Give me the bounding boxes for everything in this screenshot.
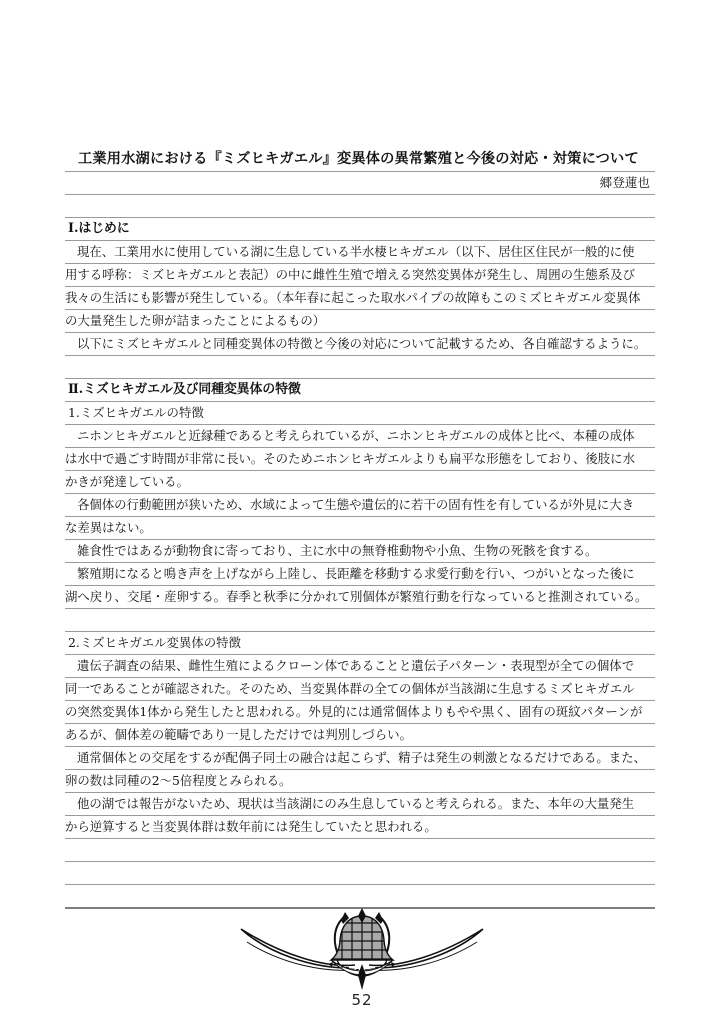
section-heading: 1.ミズヒキガエルの特徴 — [65, 402, 655, 425]
ruled-blank-line — [65, 885, 655, 909]
ruled-blank-line — [65, 839, 655, 862]
text-line: から逆算すると当変異体群は数年前には発生していたと思われる。 — [65, 816, 655, 839]
page-number: 52 — [0, 991, 724, 1009]
document-page: 工業用水湖における『ミズヒキガエル』変異体の異常繁殖と今後の対応・対策について郷… — [0, 0, 724, 1024]
text-line: 他の湖では報告がないため、現状は当該湖にのみ生息していると考えられる。また、本年… — [65, 793, 655, 816]
text-line: かきが発達している。 — [65, 471, 655, 494]
author-line: 郷登蓮也 — [65, 172, 655, 195]
section-heading: Ⅰ.はじめに — [65, 218, 655, 241]
text-line: 通常個体との交尾をするが配偶子同士の融合は起こらず、精子は発生の刺激となるだけで… — [65, 747, 655, 770]
text-line: 繁殖期になると鳴き声を上げながら上陸し、長距離を移動する求愛行動を行い、つがいと… — [65, 563, 655, 586]
document-title: 工業用水湖における『ミズヒキガエル』変異体の異常繁殖と今後の対応・対策について — [65, 149, 655, 172]
ruled-blank-line — [65, 609, 655, 632]
ruled-blank-line — [65, 862, 655, 885]
ruled-document-body: 工業用水湖における『ミズヒキガエル』変異体の異常繁殖と今後の対応・対策について郷… — [65, 149, 655, 909]
text-line: 雑食性ではあるが動物食に寄っており、主に水中の無脊椎動物や小魚、生物の死骸を食す… — [65, 540, 655, 563]
ruled-blank-line — [65, 356, 655, 379]
text-line: 同一であることが確認された。そのため、当変異体群の全ての個体が当該湖に生息するミ… — [65, 678, 655, 701]
text-line: 遺伝子調査の結果、雌性生殖によるクローン体であることと遺伝子パターン・表現型が全… — [65, 655, 655, 678]
ornament-crest-icon — [237, 908, 487, 990]
text-line: 湖へ戻り、交尾・産卵する。春季と秋季に分かれて別個体が繁殖行動を行なっていると推… — [65, 586, 655, 609]
text-line: 各個体の行動範囲が狭いため、水域によって生態や遺伝的に若干の固有性を有しているが… — [65, 494, 655, 517]
text-line: の突然変異体1体から発生したと思われる。外見的には通常個体よりもやや黒く、固有の… — [65, 701, 655, 724]
text-line: の大量発生した卵が詰まったことによるもの） — [65, 310, 655, 333]
text-line: な差異はない。 — [65, 517, 655, 540]
text-line: は水中で過ごす時間が非常に長い。そのためニホンヒキガエルよりも扁平な形態をしてお… — [65, 448, 655, 471]
section-heading: Ⅱ.ミズヒキガエル及び同種変異体の特徴 — [65, 379, 655, 402]
text-line: ニホンヒキガエルと近縁種であると考えられているが、ニホンヒキガエルの成体と比べ、… — [65, 425, 655, 448]
text-line: 卵の数は同種の2～5倍程度とみられる。 — [65, 770, 655, 793]
text-line: 現在、工業用水に使用している湖に生息している半水棲ヒキガエル（以下、居住区住民が… — [65, 241, 655, 264]
text-line: 我々の生活にも影響が発生している。（本年春に起こった取水パイプの故障もこのミズヒ… — [65, 287, 655, 310]
text-line: 以下にミズヒキガエルと同種変異体の特徴と今後の対応について記載するため、各自確認… — [65, 333, 655, 356]
section-heading: 2.ミズヒキガエル変異体の特徴 — [65, 632, 655, 655]
text-line: あるが、個体差の範疇であり一見しただけでは判別しづらい。 — [65, 724, 655, 747]
ruled-blank-line — [65, 195, 655, 218]
text-line: 用する呼称：ミズヒキガエルと表記）の中に雌性生殖で増える突然変異体が発生し、周囲… — [65, 264, 655, 287]
